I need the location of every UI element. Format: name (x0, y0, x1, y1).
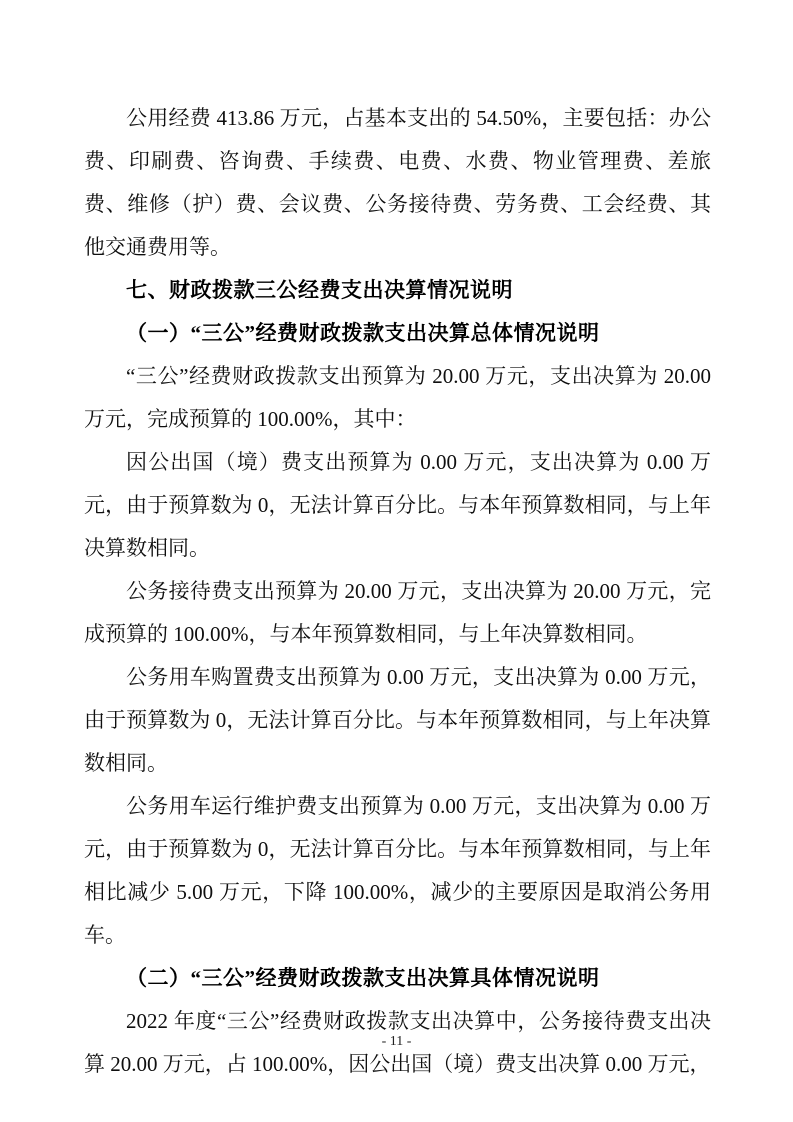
paragraph-vehicle-purchase-expense: 公务用车购置费支出预算为 0.00 万元，支出决算为 0.00 万元，由于预算数… (84, 656, 711, 785)
heading-section-seven: 七、财政拨款三公经费支出决算情况说明 (84, 269, 711, 312)
paragraph-abroad-expense: 因公出国（境）费支出预算为 0.00 万元，支出决算为 0.00 万元，由于预算… (84, 441, 711, 570)
document-page: 公用经费 413.86 万元，占基本支出的 54.50%，主要包括：办公费、印刷… (0, 0, 793, 1122)
heading-subsection-two: （二）“三公”经费财政拨款支出决算具体情况说明 (84, 957, 711, 1000)
paragraph-reception-expense: 公务接待费支出预算为 20.00 万元，支出决算为 20.00 万元，完成预算的… (84, 570, 711, 656)
paragraph-sangong-total: “三公”经费财政拨款支出预算为 20.00 万元，支出决算为 20.00 万元，… (84, 355, 711, 441)
paragraph-vehicle-maintenance-expense: 公务用车运行维护费支出预算为 0.00 万元，支出决算为 0.00 万元，由于预… (84, 785, 711, 957)
paragraph-public-expense-summary: 公用经费 413.86 万元，占基本支出的 54.50%，主要包括：办公费、印刷… (84, 97, 711, 269)
page-number: - 11 - (0, 1034, 793, 1050)
heading-subsection-one: （一）“三公”经费财政拨款支出决算总体情况说明 (84, 312, 711, 355)
document-body: 公用经费 413.86 万元，占基本支出的 54.50%，主要包括：办公费、印刷… (84, 97, 711, 1086)
